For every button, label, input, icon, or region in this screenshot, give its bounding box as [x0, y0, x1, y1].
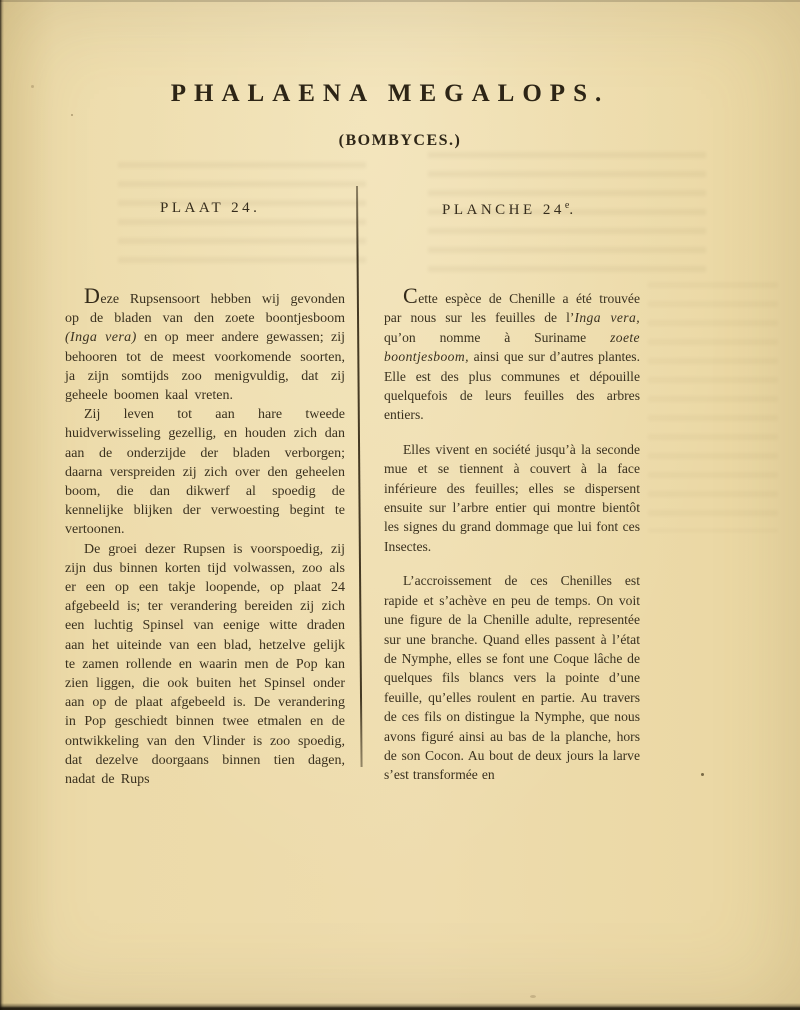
family-subtitle: (BOMBYCES.): [40, 132, 760, 150]
plate-label-french-period: .: [569, 202, 576, 218]
species-name-italic: (Inga vera): [65, 330, 137, 345]
text-run: Zij leven tot aan hare tweede huidverwis…: [65, 407, 345, 537]
species-title: PHALAENA MEGALOPS.: [40, 80, 740, 108]
paper-speck: [71, 114, 73, 116]
text-run: L’accroissement de ces Chenilles est rap…: [384, 573, 640, 782]
paper-speck: [31, 85, 34, 88]
paragraph: Zij leven tot aan hare tweede huidverwis…: [65, 405, 345, 539]
plate-label-dutch: PLAAT 24.: [160, 200, 260, 217]
species-name-italic: Inga vera,: [574, 310, 640, 325]
page-edge-bottom: [0, 1003, 800, 1010]
paper-speck: [530, 995, 536, 998]
plate-label-french-text: PLANCHE 24: [442, 202, 565, 218]
dutch-text-column: Deze Rupsensoort hebben wij gevonden op …: [65, 285, 345, 789]
plate-label-french: PLANCHE 24e.: [442, 200, 577, 219]
paragraph: De groei dezer Rupsen is voorspoedig, zi…: [65, 540, 345, 790]
page-edge-left: [0, 0, 4, 1010]
column-divider-rule: [356, 186, 362, 767]
text-run: qu’on nomme à Suriname: [384, 330, 610, 345]
paragraph: Elles vivent en société jusqu’à la secon…: [384, 440, 640, 556]
paragraph: Deze Rupsensoort hebben wij gevonden op …: [65, 285, 345, 405]
paragraph: Cette espèce de Chenille a été trouvée p…: [384, 285, 640, 425]
text-run: eze Rupsensoort hebben wij gevonden op d…: [65, 292, 345, 326]
paragraph: L’accroissement de ces Chenilles est rap…: [384, 571, 640, 784]
french-text-column: Cette espèce de Chenille a été trouvée p…: [384, 285, 640, 800]
text-run: Elles vivent en société jusqu’à la secon…: [384, 442, 640, 554]
paper-speck: [701, 773, 704, 776]
drop-cap-initial: C: [403, 283, 418, 308]
verso-showthrough: [648, 282, 778, 532]
book-page: PHALAENA MEGALOPS. (BOMBYCES.) PLAAT 24.…: [0, 0, 800, 1010]
drop-cap-initial: D: [84, 283, 100, 308]
page-edge-top: [0, 0, 800, 2]
text-run: De groei dezer Rupsen is voorspoedig, zi…: [65, 542, 345, 787]
